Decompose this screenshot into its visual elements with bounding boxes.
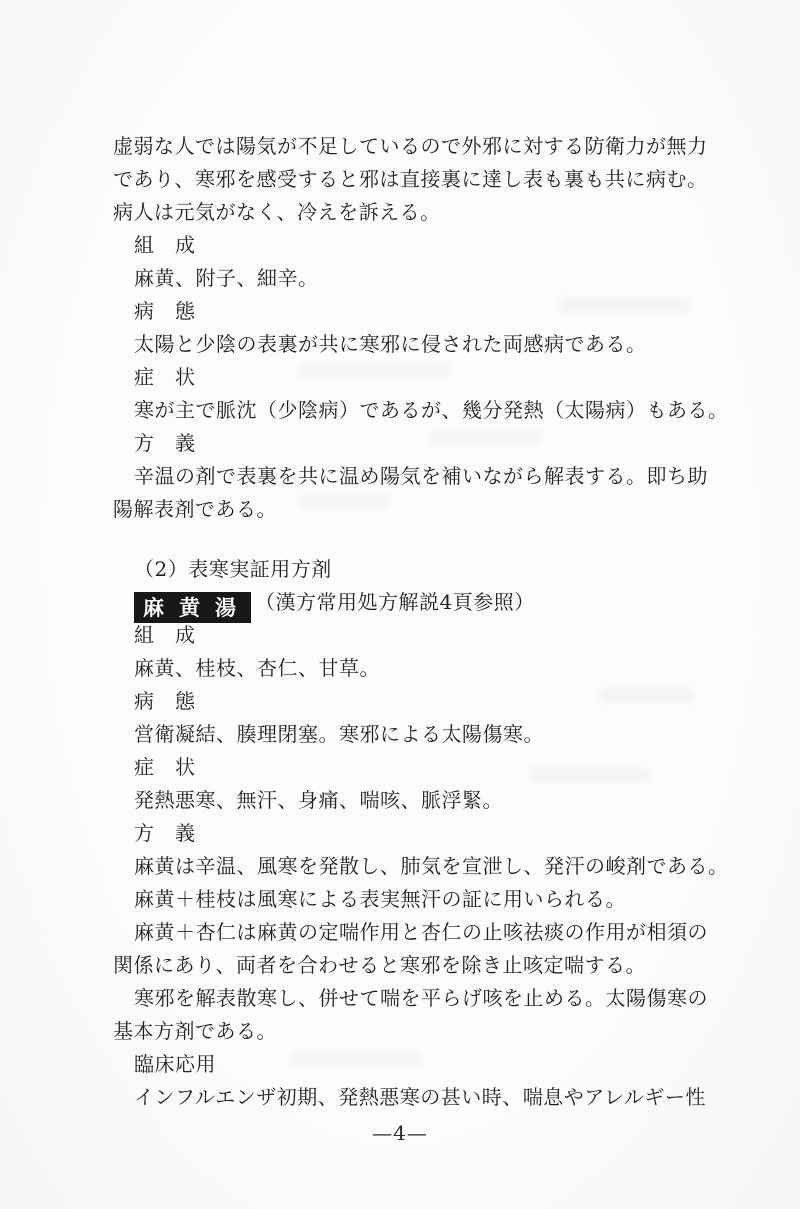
body-text: 病人は元気がなく、冷えを訴える。 [113,196,761,229]
text-body: 虚弱な人では陽気が不足しているので外邪に対する防衛力が無力であり、寒邪を感受する… [113,130,761,1114]
section-header: 病 態 [113,295,761,328]
page-number: —4— [0,1121,800,1145]
section-header: 方 義 [113,817,761,850]
section-header: 症 状 [113,751,761,784]
section-header: 組 成 [113,619,761,652]
body-text: 寒が主で脈沈（少陰病）であるが、幾分発熱（太陽病）もある。 [113,394,761,427]
section-header: 組 成 [113,229,761,262]
formula-reference: （漢方常用処方解説4頁参照） [255,590,535,614]
body-text: インフルエンザ初期、発熱悪寒の甚い時、喘息やアレルギー性 [113,1081,761,1114]
body-text: 麻黄＋桂枝は風寒による表実無汗の証に用いられる。 [113,883,761,916]
body-text: 麻黄、桂枝、杏仁、甘草。 [113,652,761,685]
body-text: 太陽と少陰の表裏が共に寒邪に侵された両感病である。 [113,328,761,361]
section-header: 方 義 [113,427,761,460]
body-text: 営衛凝結、腠理閉塞。寒邪による太陽傷寒。 [113,718,761,751]
body-text: 麻黄＋杏仁は麻黄の定喘作用と杏仁の止咳祛痰の作用が相須の [113,916,761,949]
subsection-heading: （2）表寒実証用方剤 [113,553,761,586]
section-header: 病 態 [113,685,761,718]
section-header: 症 状 [113,361,761,394]
body-text: 辛温の剤で表裏を共に温め陽気を補いながら解表する。即ち助 [113,460,761,493]
body-text: であり、寒邪を感受すると邪は直接裏に達し表も裏も共に病む。 [113,163,761,196]
paragraph-gap [113,526,761,553]
formula-heading: 麻黄湯（漢方常用処方解説4頁参照） [113,586,761,619]
body-text: 陽解表剤である。 [113,493,761,526]
body-text: 寒邪を解表散寒し、併せて喘を平らげ咳を止める。太陽傷寒の [113,982,761,1015]
body-text: 麻黄、附子、細辛。 [113,262,761,295]
body-text: 関係にあり、両者を合わせると寒邪を除き止咳定喘する。 [113,949,761,982]
body-text: 発熱悪寒、無汗、身痛、喘咳、脈浮緊。 [113,784,761,817]
scanned-document-page: 虚弱な人では陽気が不足しているので外邪に対する防衛力が無力であり、寒邪を感受する… [0,0,800,1209]
section-header: 臨床応用 [113,1048,761,1081]
body-text: 基本方剤である。 [113,1015,761,1048]
body-text: 麻黄は辛温、風寒を発散し、肺気を宣泄し、発汗の峻剤である。 [113,850,761,883]
body-text: 虚弱な人では陽気が不足しているので外邪に対する防衛力が無力 [113,130,761,163]
